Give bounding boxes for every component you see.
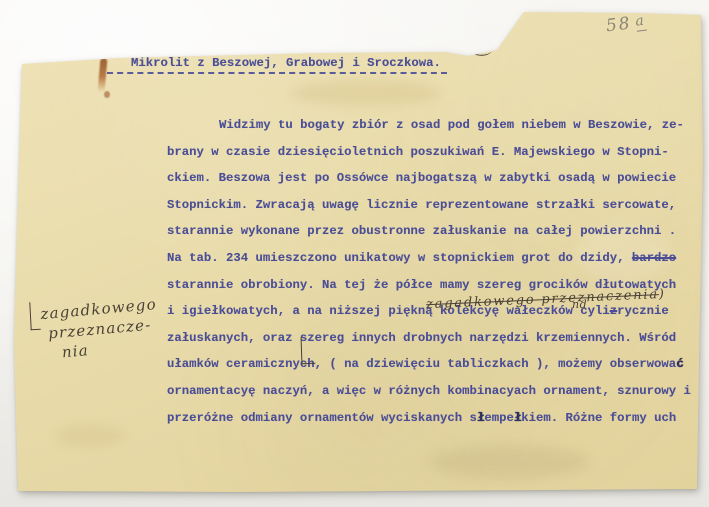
- paper-edge-shading: [0, 0, 709, 507]
- scanned-typescript-page: 58a Mikrolit z Beszowej, Grabowej i Sroc…: [0, 0, 709, 507]
- paper-shadow-wrap: 58a Mikrolit z Beszowej, Grabowej i Sroc…: [0, 0, 709, 507]
- red-edge-stain-small: [12, 100, 16, 109]
- paper-sheet: 58a Mikrolit z Beszowej, Grabowej i Sroc…: [0, 0, 709, 507]
- red-edge-stain: [16, 63, 21, 79]
